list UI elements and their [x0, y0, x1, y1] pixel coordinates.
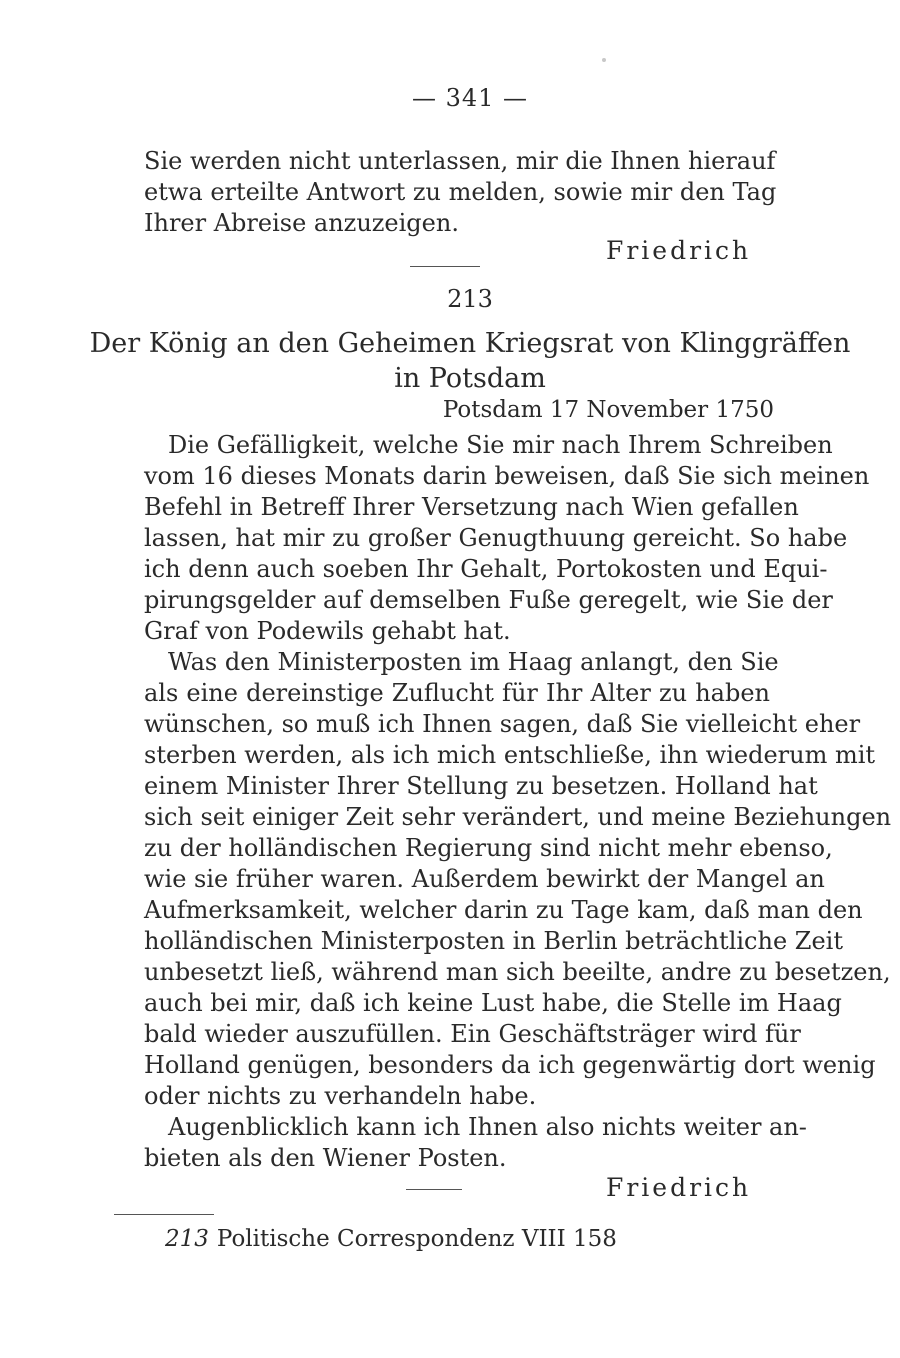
text-line: Ihrer Abreise anzuzeigen.: [144, 208, 770, 238]
page-number: — 341 —: [0, 84, 900, 112]
footnote-text: Politische Correspondenz VIII 158: [217, 1226, 617, 1252]
document-heading: in Potsdam: [0, 363, 900, 394]
signature: Friedrich: [606, 1173, 751, 1202]
text-line: holländischen Ministerposten in Berlin b…: [144, 926, 770, 956]
text-line: Aufmerksamkeit, welcher darin zu Tage ka…: [144, 895, 770, 925]
text-line: Graf von Podewils gehabt hat.: [144, 616, 770, 646]
text-line: unbesetzt ließ, während man sich beeilte…: [144, 957, 770, 987]
text-line: wie sie früher waren. Außerdem bewirkt d…: [144, 864, 770, 894]
paper-speck: [602, 58, 606, 62]
document-heading: Der König an den Geheimen Kriegsrat von …: [0, 328, 900, 359]
text-line: vom 16 dieses Monats darin beweisen, daß…: [144, 461, 770, 491]
text-line: als eine dereinstige Zuflucht für Ihr Al…: [144, 678, 770, 708]
footnote-number: 213: [165, 1226, 209, 1252]
footnote: 213Politische Correspondenz VIII 158: [165, 1226, 617, 1252]
text-line: lassen, hat mir zu großer Genugthuung ge…: [144, 523, 770, 553]
text-line: ich denn auch soeben Ihr Gehalt, Portoko…: [144, 554, 770, 584]
text-line: oder nichts zu verhandeln habe.: [144, 1081, 770, 1111]
dateline: Potsdam 17 November 1750: [443, 397, 774, 423]
text-line: Augenblicklich kann ich Ihnen also nicht…: [168, 1112, 770, 1142]
text-line: sterben werden, als ich mich entschließe…: [144, 740, 770, 770]
document-number: 213: [0, 285, 900, 313]
footnote-rule: [114, 1214, 214, 1215]
text-line: sich seit einiger Zeit sehr verändert, u…: [144, 802, 770, 832]
text-line: zu der holländischen Regierung sind nich…: [144, 833, 770, 863]
text-line: Holland genügen, besonders da ich gegenw…: [144, 1050, 770, 1080]
book-page: — 341 — Sie werden nicht unterlassen, mi…: [0, 0, 900, 1358]
section-divider: [410, 266, 480, 267]
signature: Friedrich: [606, 236, 751, 265]
text-line: auch bei mir, daß ich keine Lust habe, d…: [144, 988, 770, 1018]
text-line: Sie werden nicht unterlassen, mir die Ih…: [144, 146, 770, 176]
text-line: einem Minister Ihrer Stellung zu besetze…: [144, 771, 770, 801]
text-line: etwa erteilte Antwort zu melden, sowie m…: [144, 177, 770, 207]
text-line: bieten als den Wiener Posten.: [144, 1143, 770, 1173]
text-line: Befehl in Betreff Ihrer Versetzung nach …: [144, 492, 770, 522]
text-line: Die Gefälligkeit, welche Sie mir nach Ih…: [168, 430, 770, 460]
text-line: pirungsgelder auf demselben Fuße geregel…: [144, 585, 770, 615]
text-line: bald wieder auszufüllen. Ein Geschäftstr…: [144, 1019, 770, 1049]
section-divider: [406, 1189, 462, 1190]
text-line: wünschen, so muß ich Ihnen sagen, daß Si…: [144, 709, 770, 739]
text-line: Was den Ministerposten im Haag anlangt, …: [168, 647, 770, 677]
